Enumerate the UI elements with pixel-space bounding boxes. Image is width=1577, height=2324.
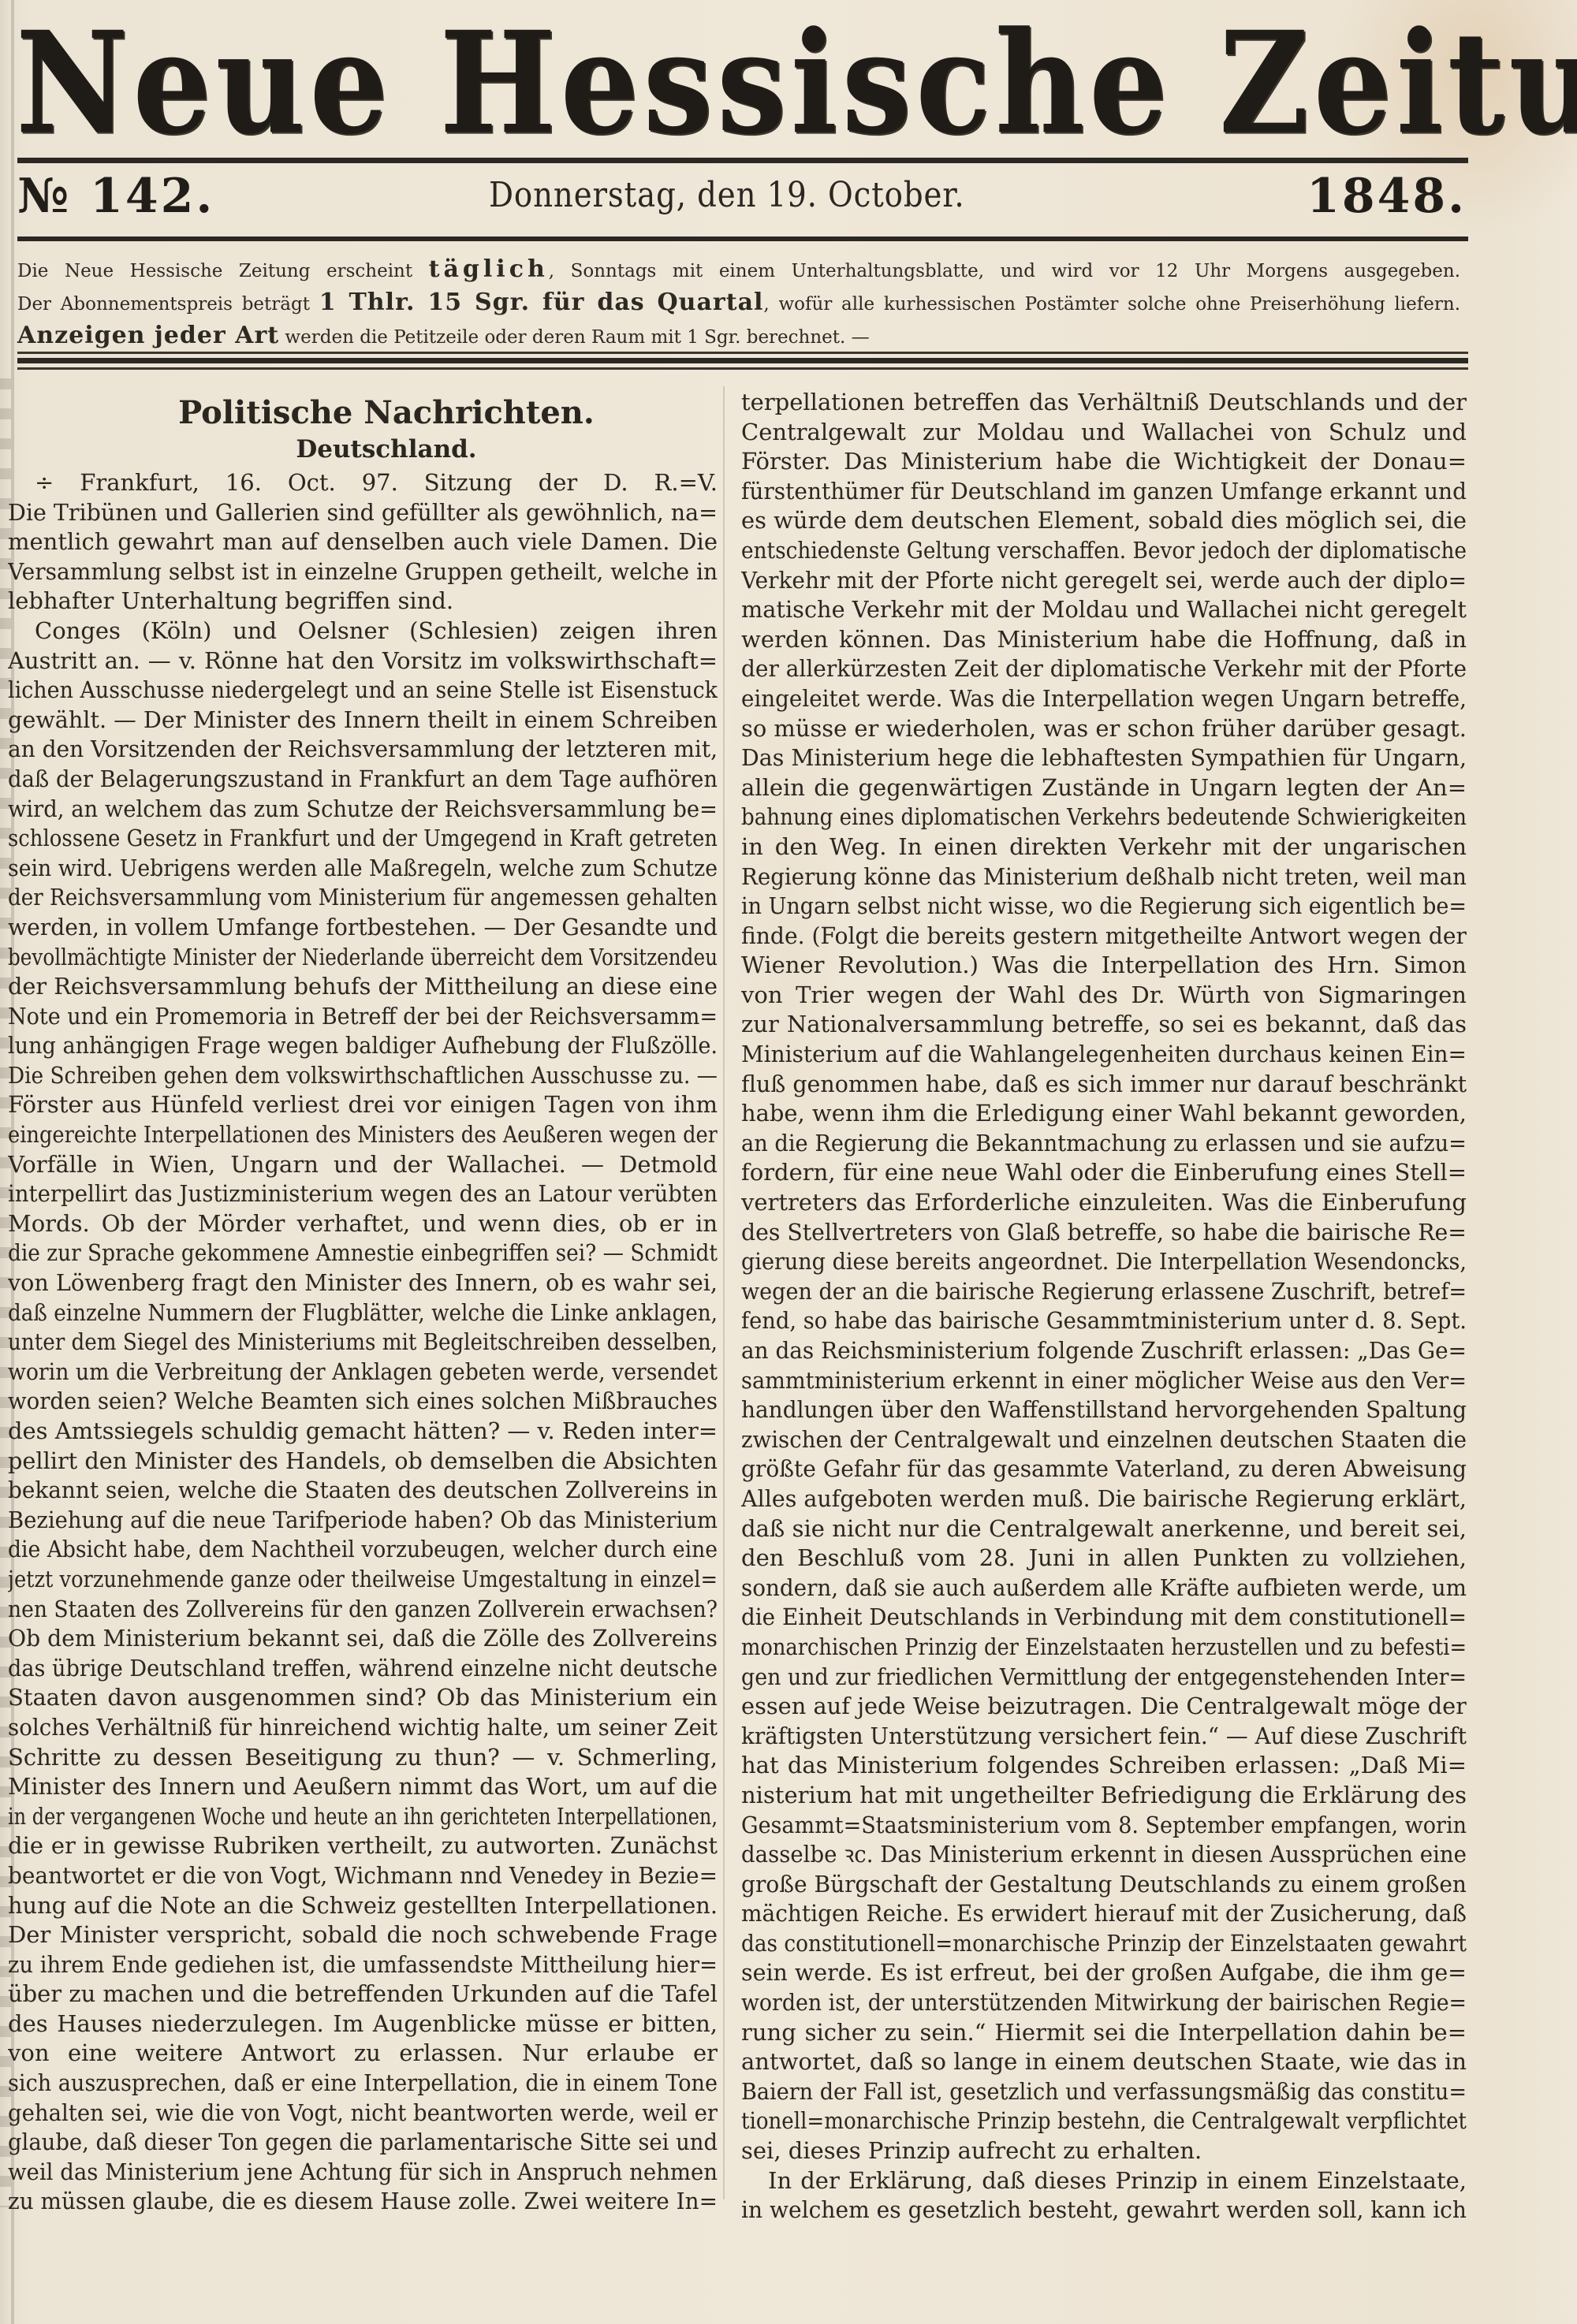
notice-line: Der Abonnementspreis beträgt 1 Thlr. 15 …: [17, 287, 1460, 320]
article-line: den Beschluß vom 28. Juni in allen Punkt…: [741, 1544, 1467, 1574]
article-line: schlossene Gesetz in Frankfurt und der U…: [8, 824, 718, 854]
article-line: gehalten sei, wie die von Vogt, nicht be…: [8, 2099, 718, 2128]
article-line: zu ihrem Ende gediehen ist, die umfassen…: [8, 1950, 718, 1980]
issue-date: Donnerstag, den 19. October.: [489, 175, 965, 215]
article-line: allein die gegenwärtigen Zustände in Ung…: [741, 773, 1467, 803]
article-line: Gesammt=Staatsministerium vom 8. Septemb…: [741, 1811, 1467, 1841]
article-line: Baiern der Fall ist, gesetzlich und verf…: [741, 2077, 1467, 2107]
article-line: zur Nationalversammlung betreffe, so sei…: [741, 1010, 1467, 1040]
article-line: fend, so habe das bairische Gesammtminis…: [741, 1306, 1467, 1336]
article-line: Centralgewalt zur Moldau und Wallachei v…: [741, 418, 1467, 448]
article-line: von Löwenberg fragt den Minister des Inn…: [8, 1268, 718, 1298]
article-line: eingeleitet werde. Was die Interpellatio…: [741, 684, 1467, 714]
issue-year: 1848.: [1307, 169, 1467, 224]
article-line: essen auf jede Weise beizutragen. Die Ce…: [741, 1692, 1467, 1722]
article-line: jetzt vorzunehmende ganze oder theilweis…: [8, 1565, 718, 1595]
article-line: pellirt den Minister des Handels, ob dem…: [8, 1447, 718, 1477]
article-line: wegen der an die bairische Regierung erl…: [741, 1277, 1467, 1307]
article-line: Regierung könne das Ministerium deßhalb …: [741, 862, 1467, 892]
article-line: unter dem Siegel des Ministeriums mit Be…: [8, 1328, 718, 1358]
article-line: die er in gewisse Rubriken vertheilt, zu…: [8, 1831, 718, 1861]
article-line: fordern, für eine neue Wahl oder die Ein…: [741, 1158, 1467, 1188]
article-line: sein wird. Uebrigens werden alle Maßrege…: [8, 854, 718, 884]
article-line: der Reichsversammlung behufs der Mitthei…: [8, 972, 718, 1002]
article-line: der allerkürzesten Zeit der diplomatisch…: [741, 654, 1467, 684]
article-line: vertreters das Erforderliche einzuleiten…: [741, 1188, 1467, 1218]
article-line: Wiener Revolution.) Was die Interpellati…: [741, 951, 1467, 981]
article-line: in den Weg. In einen direkten Verkehr mi…: [741, 832, 1467, 862]
article-line: das übrige Deutschland treffen, während …: [8, 1654, 718, 1684]
article-line: Minister des Innern und Aeußern nimmt da…: [8, 1772, 718, 1802]
section-subheading: Deutschland.: [55, 434, 718, 465]
article-line: Förster. Das Ministerium habe die Wichti…: [741, 447, 1467, 477]
article-line: fluß genommen habe, daß es sich immer nu…: [741, 1070, 1467, 1100]
article-line: terpellationen betreffen das Verhältniß …: [741, 388, 1467, 418]
article-line: mächtigen Reiche. Es erwidert hierauf mi…: [741, 1899, 1467, 1929]
article-line: Staaten davon ausgenommen sind? Ob das M…: [8, 1683, 718, 1713]
article-line: daß sie nicht nur die Centralgewalt aner…: [741, 1514, 1467, 1544]
article-line: Das Ministerium hege die lebhaftesten Sy…: [741, 743, 1467, 773]
article-line: worin um die Verbreitung der Anklagen ge…: [8, 1358, 718, 1387]
article-line: matische Verkehr mit der Moldau und Wall…: [741, 595, 1467, 625]
notice-emphasis: täglich: [429, 255, 549, 283]
article-line: weil das Ministerium jene Achtung für si…: [8, 2158, 718, 2188]
article-line: nen Staaten des Zollvereins für den ganz…: [8, 1595, 718, 1625]
article-line: werden können. Das Ministerium habe die …: [741, 625, 1467, 655]
article-line: gen und zur friedlichen Vermittlung der …: [741, 1663, 1467, 1693]
article-line: große Bürgschaft der Gestaltung Deutschl…: [741, 1870, 1467, 1900]
article-line: in Ungarn selbst nicht wisse, wo die Reg…: [741, 892, 1467, 922]
article-line: monarchischen Prinzig der Einzelstaaten …: [741, 1633, 1467, 1663]
article-column-right: terpellationen betreffen das Verhältniß …: [741, 388, 1467, 2225]
notice-line: Die Neue Hessische Zeitung erscheint täg…: [17, 254, 1460, 287]
article-line: über zu machen und die betreffenden Urku…: [8, 1979, 718, 2009]
column-divider: [723, 386, 725, 2199]
article-line: Austritt an. — v. Rönne hat den Vorsitz …: [8, 646, 718, 676]
article-line: Verkehr mit der Pforte nicht geregelt se…: [741, 566, 1467, 596]
article-line: mentlich gewahrt man auf denselben auch …: [8, 527, 718, 557]
article-line: hat das Ministerium folgendes Schreiben …: [741, 1751, 1467, 1781]
article-line: an das Reichsministerium folgende Zuschr…: [741, 1336, 1467, 1366]
article-line: kräftigsten Unterstützung versichert fei…: [741, 1722, 1467, 1752]
article-line: gierung diese bereits angeordnet. Die In…: [741, 1247, 1467, 1277]
article-line: werden, in vollem Umfange fortbestehen. …: [8, 913, 718, 943]
double-rule-bottom: [17, 367, 1468, 370]
article-line: dasselbe ꝛc. Das Ministerium erkennt in …: [741, 1840, 1467, 1870]
article-line: interpellirt das Justizministerium wegen…: [8, 1179, 718, 1209]
article-line: worden ist, der unterstützenden Mitwirku…: [741, 1988, 1467, 2018]
article-line: daß der Belagerungszustand in Frankfurt …: [8, 765, 718, 795]
article-line: Die Schreiben gehen dem volkswirthschaft…: [8, 1061, 718, 1091]
article-line: Der Minister verspricht, sobald die noch…: [8, 1920, 718, 1950]
article-line: entschiedenste Geltung verschaffen. Bevo…: [741, 536, 1467, 566]
article-line: zwischen der Centralgewalt und einzelnen…: [741, 1425, 1467, 1455]
article-line: sei, dieses Prinzip aufrecht zu erhalten…: [741, 2136, 1467, 2166]
article-line: Ob dem Ministerium bekannt sei, daß die …: [8, 1624, 718, 1654]
article-line: handlungen über den Waffenstillstand her…: [741, 1395, 1467, 1425]
article-line: tionell=monarchische Prinzip bestehn, di…: [741, 2106, 1467, 2136]
issue-rule: [17, 236, 1468, 241]
newspaper-page: Neue Hessische Zeitung. № 142. Donnersta…: [0, 0, 1577, 2324]
article-column-left: Politische Nachrichten. Deutschland. ÷ F…: [8, 388, 718, 2217]
article-line: bekannt seien, welche die Staaten des de…: [8, 1476, 718, 1506]
article-line: In der Erklärung, daß dieses Prinzip in …: [741, 2166, 1467, 2196]
article-line: des Amtssiegels schuldig gemacht hätten?…: [8, 1417, 718, 1447]
article-line: antwortet, daß so lange in einem deutsch…: [741, 2047, 1467, 2077]
article-line: eingereichte Interpellationen des Minist…: [8, 1120, 718, 1150]
newspaper-title: Neue Hessische Zeitung.: [16, 3, 1577, 162]
article-line: habe, wenn ihm die Erledigung einer Wahl…: [741, 1099, 1467, 1129]
article-line: die Absicht habe, dem Nachtheil vorzubeu…: [8, 1535, 718, 1565]
notice-emphasis: Anzeigen jeder Art: [17, 322, 279, 349]
article-line: nisterium hat mit ungetheilter Befriedig…: [741, 1781, 1467, 1811]
article-line: hung auf die Note an die Schweiz gestell…: [8, 1891, 718, 1921]
double-rule-top: [17, 352, 1468, 354]
article-line: Vorfälle in Wien, Ungarn und der Wallach…: [8, 1150, 718, 1180]
article-line: glaube, daß dieser Ton gegen die parlame…: [8, 2128, 718, 2158]
article-line: von Trier wegen der Wahl des Dr. Würth v…: [741, 981, 1467, 1011]
article-line: gewählt. — Der Minister des Innern theil…: [8, 706, 718, 736]
notice-emphasis: 1 Thlr. 15 Sgr. für das Quartal: [319, 289, 764, 316]
masthead-rule: [17, 158, 1468, 163]
masthead: Neue Hessische Zeitung.: [16, 8, 1467, 158]
article-line: daß einzelne Nummern der Flugblätter, we…: [8, 1298, 718, 1328]
issue-info-bar: № 142. Donnerstag, den 19. October. 1848…: [16, 164, 1467, 239]
issue-number: № 142.: [17, 169, 214, 224]
article-line: Alles aufgeboten werden muß. Die bairisc…: [741, 1484, 1467, 1514]
article-line: Die Tribünen und Gallerien sind gefüllte…: [8, 498, 718, 528]
article-line: worden seien? Welche Beamten sich eines …: [8, 1387, 718, 1417]
article-line: Schritte zu dessen Beseitigung zu thun? …: [8, 1743, 718, 1773]
article-line: Mords. Ob der Mörder verhaftet, und wenn…: [8, 1209, 718, 1239]
article-line: fürstenthümer für Deutschland im ganzen …: [741, 477, 1467, 507]
article-line: von eine weitere Antwort zu erlassen. Nu…: [8, 2039, 718, 2069]
section-heading: Politische Nachrichten.: [55, 393, 718, 434]
article-line: an die Regierung die Bekanntmachung zu e…: [741, 1129, 1467, 1159]
article-line: die zur Sprache gekommene Amnestie einbe…: [8, 1238, 718, 1268]
article-line: sich auszusprechen, daß er eine Interpel…: [8, 2069, 718, 2099]
article-line: das constitutionell=monarchische Prinzip…: [741, 1929, 1467, 1959]
article-line: es würde dem deutschen Element, sobald d…: [741, 506, 1467, 536]
article-line: in welchem es gesetzlich besteht, gewahr…: [741, 2196, 1467, 2225]
article-line: Conges (Köln) und Oelsner (Schlesien) ze…: [8, 616, 718, 646]
article-line: sein werde. Es ist erfreut, bei der groß…: [741, 1958, 1467, 1988]
article-line: Förster aus Hünfeld verliest drei vor ei…: [8, 1090, 718, 1120]
double-rule-middle: [17, 358, 1468, 363]
article-line: in der vergangenen Woche und heute an ih…: [8, 1802, 718, 1832]
article-line: des Stellvertreters von Glaß betreffe, s…: [741, 1218, 1467, 1248]
article-line: Beziehung auf die neue Tarifperiode habe…: [8, 1506, 718, 1536]
article-line: zu müssen glaube, die es diesem Hause zo…: [8, 2187, 718, 2217]
article-line: solches Verhältniß für hinreichend wicht…: [8, 1713, 718, 1743]
article-line: Ministerium auf die Wahlangelegenheiten …: [741, 1040, 1467, 1070]
article-line: Versammlung selbst ist in einzelne Grupp…: [8, 557, 718, 587]
article-line: wird, an welchem das zum Schutze der Rei…: [8, 795, 718, 825]
article-line: sammtministerium erkennt in einer möglic…: [741, 1366, 1467, 1396]
article-line: rung sicher zu sein.“ Hiermit sei die In…: [741, 2018, 1467, 2048]
article-line: lebhafter Unterhaltung begriffen sind.: [8, 587, 718, 616]
article-line: so müsse er wiederholen, was er schon fr…: [741, 714, 1467, 744]
article-line: ÷ Frankfurt, 16. Oct. 97. Sitzung der D.…: [8, 468, 718, 498]
article-line: der Reichsversammlung vom Ministerium fü…: [8, 883, 718, 913]
article-line: an den Vorsitzenden der Reichsversammlun…: [8, 735, 718, 765]
article-line: finde. (Folgt die bereits gestern mitget…: [741, 922, 1467, 952]
article-line: des Hauses niederzulegen. Im Augenblicke…: [8, 2009, 718, 2039]
article-line: beantwortet er die von Vogt, Wichmann nn…: [8, 1861, 718, 1891]
subscription-notice: Die Neue Hessische Zeitung erscheint täg…: [17, 254, 1460, 353]
article-line: lichen Ausschusse niedergelegt und an se…: [8, 676, 718, 706]
article-line: Note und ein Promemoria in Betreff der b…: [8, 1002, 718, 1032]
article-line: lung anhängigen Frage wegen baldiger Auf…: [8, 1031, 718, 1061]
article-line: bevollmächtigte Minister der Niederlande…: [8, 943, 718, 973]
notice-line: Anzeigen jeder Art werden die Petitzeile…: [17, 320, 1460, 353]
article-line: größte Gefahr für das gesammte Vaterland…: [741, 1454, 1467, 1484]
article-line: bahnung eines diplomatischen Verkehrs be…: [741, 803, 1467, 832]
article-line: die Einheit Deutschlands in Verbindung m…: [741, 1603, 1467, 1633]
article-line: sondern, daß sie auch außerdem alle Kräf…: [741, 1574, 1467, 1603]
